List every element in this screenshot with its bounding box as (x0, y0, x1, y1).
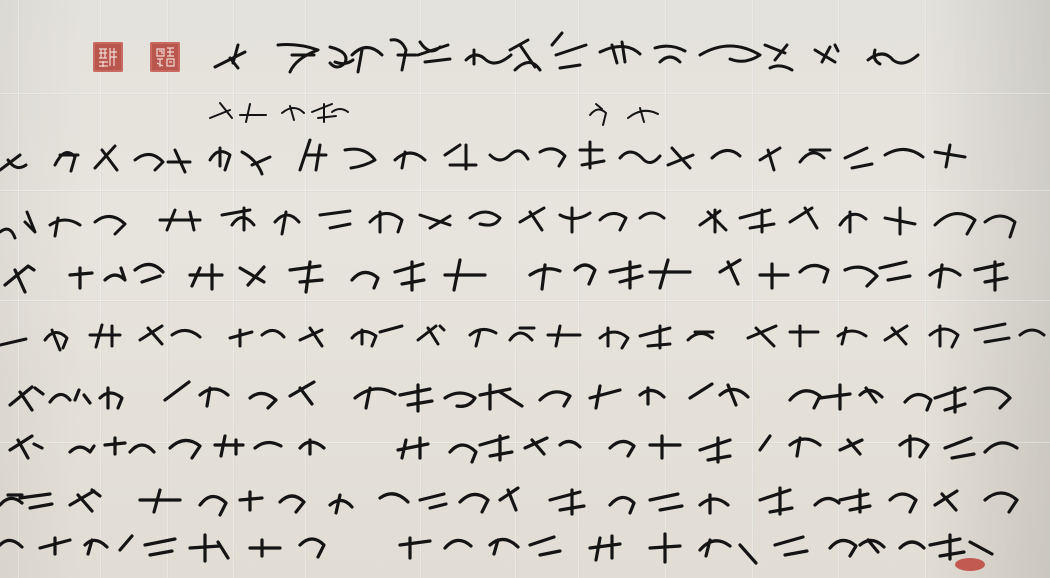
text-row-10 (0, 534, 992, 563)
text-row-6 (0, 324, 1044, 350)
text-row-8 (10, 436, 1017, 462)
inscription-row (210, 103, 658, 125)
text-row-9 (0, 488, 1017, 515)
text-row-5 (5, 260, 1007, 292)
calligraphy-text (0, 0, 1050, 578)
text-row-4 (0, 208, 1015, 238)
text-row-1 (215, 33, 918, 72)
text-row-3 (0, 140, 965, 174)
text-row-7 (10, 382, 1010, 412)
